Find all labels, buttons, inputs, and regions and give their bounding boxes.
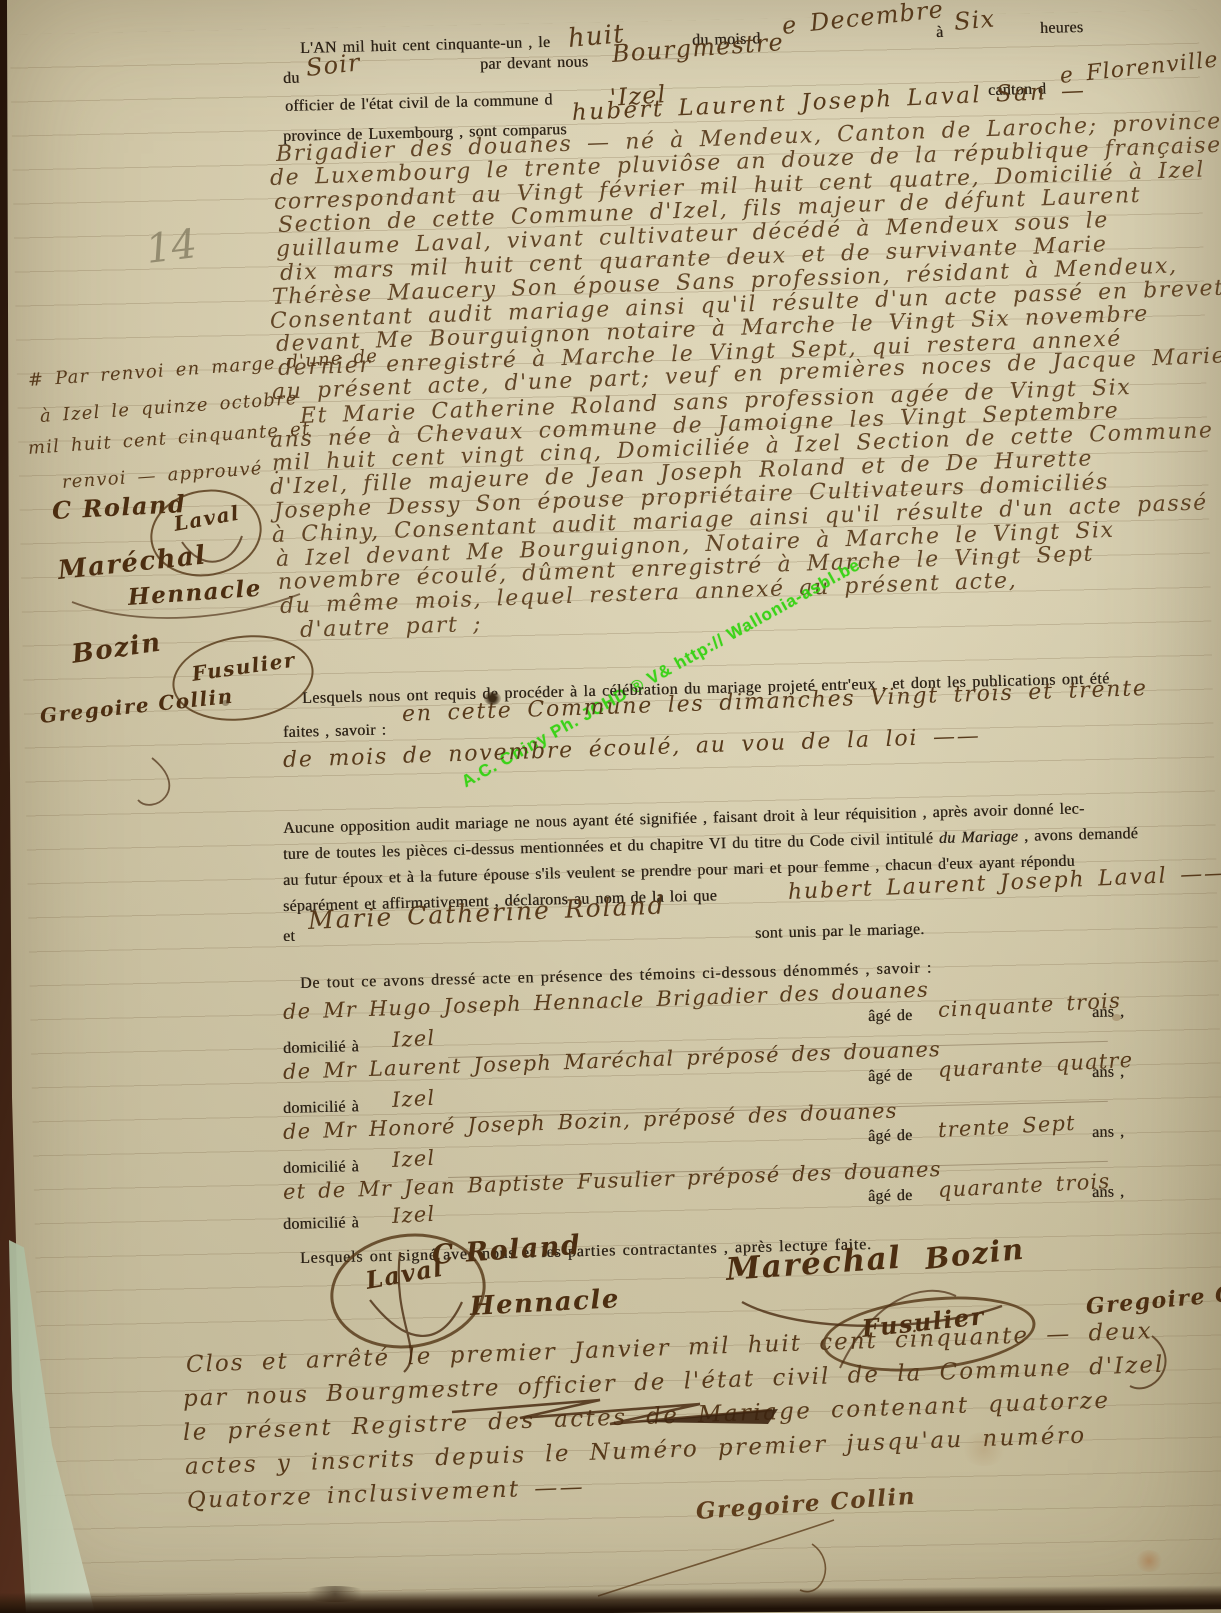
witness-ans-label: ans , xyxy=(1092,1063,1125,1082)
opposition-line2-italic: du Mariage xyxy=(939,828,1019,847)
header-printed-a: à xyxy=(936,24,944,42)
act-number: 14 xyxy=(143,221,199,273)
witness-age-label: âgé de xyxy=(868,1007,913,1026)
witness-ans-label: ans , xyxy=(1092,1003,1125,1022)
witness-age-label: âgé de xyxy=(868,1067,913,1086)
witness-ans-label: ans , xyxy=(1092,1183,1125,1202)
opposition-printed-et: et xyxy=(283,928,295,946)
witness-age-label: âgé de xyxy=(868,1127,913,1146)
publications-printed-line2: faites , savoir : xyxy=(283,721,387,742)
header-printed-devant-nous: par devant nous xyxy=(480,53,589,74)
opposition-line2-c: , avons demandé xyxy=(1024,825,1138,845)
witness-domicile-value: Izel xyxy=(391,1202,436,1228)
header-hour-value: Six xyxy=(953,4,997,35)
header-period-value: Soir xyxy=(305,48,362,82)
witness-domicile-label: domicilié à xyxy=(283,1038,359,1058)
header-printed-heures: heures xyxy=(1040,19,1084,38)
witness-ans-label: ans , xyxy=(1092,1123,1125,1142)
witness-domicile-value: Izel xyxy=(391,1026,436,1052)
witness-domicile-label: domicilié à xyxy=(283,1214,359,1234)
witness-domicile-label: domicilié à xyxy=(283,1158,359,1178)
witness-domicile-label: domicilié à xyxy=(283,1098,359,1118)
witness-domicile-value: Izel xyxy=(391,1146,436,1172)
marriage-act-scan-page: 14 # Par renvoi en marge d'une de à Izel… xyxy=(0,0,1221,1613)
witness-domicile-value: Izel xyxy=(391,1086,436,1112)
header-printed-du: du xyxy=(283,70,300,88)
witness-age-label: âgé de xyxy=(868,1187,913,1206)
